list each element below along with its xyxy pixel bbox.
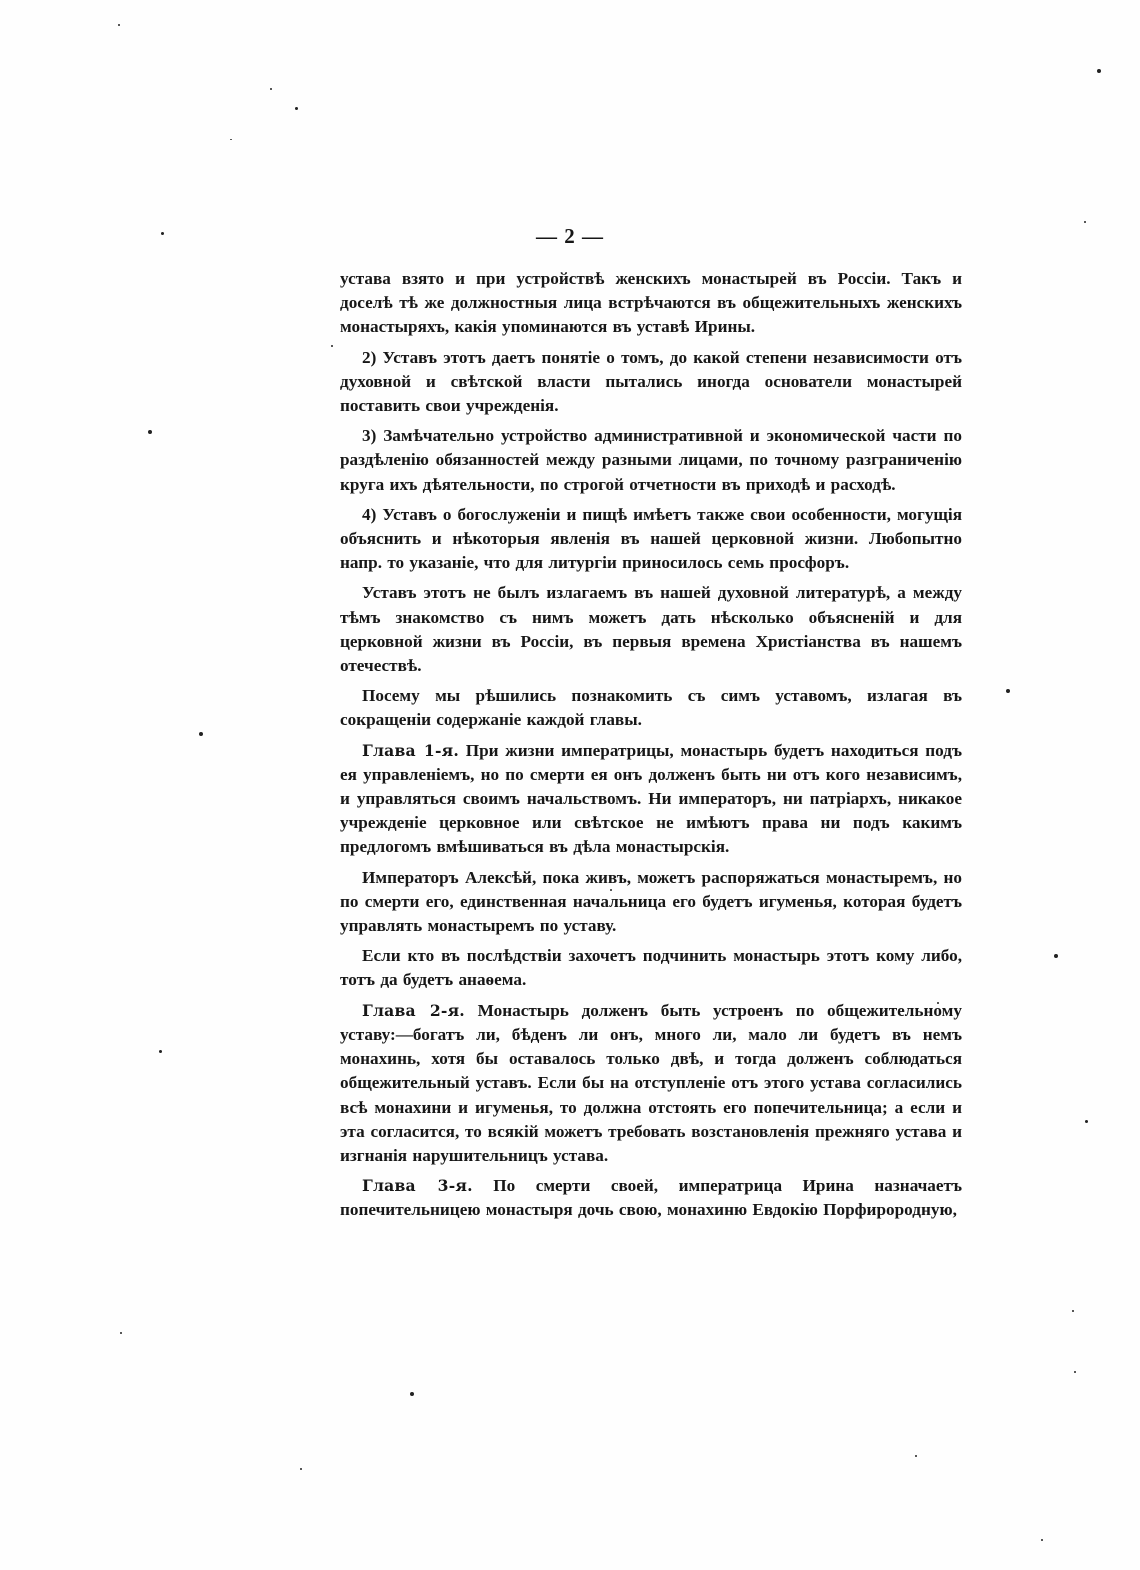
scan-speck — [148, 430, 152, 434]
scan-speck — [199, 732, 203, 736]
scan-speck — [410, 1392, 414, 1396]
scan-speck — [118, 24, 120, 26]
paragraph-point-2: 2) Уставъ этотъ даетъ понятіе о томъ, до… — [340, 346, 962, 419]
paragraph-text: 4) Уставъ о богослуженіи и пищѣ имѣетъ т… — [340, 505, 962, 572]
page-number: — 2 — — [0, 224, 1140, 249]
chapter-heading: Глава 1-я. — [362, 741, 459, 760]
paragraph-intent: Посему мы рѣшились познакомить съ симъ у… — [340, 684, 962, 732]
paragraph-emperor-alexius: Императоръ Алексѣй, пока живъ, можетъ ра… — [340, 866, 962, 939]
scan-speck — [1084, 221, 1086, 223]
scan-speck — [270, 88, 272, 90]
scan-speck — [295, 107, 298, 110]
paragraph-text: Если кто въ послѣдствіи захочетъ подчини… — [340, 946, 962, 989]
paragraph-text: Императоръ Алексѣй, пока живъ, можетъ ра… — [340, 868, 962, 935]
scan-speck — [1085, 1120, 1088, 1123]
paragraph-text: 3) Замѣчательно устройство административ… — [340, 426, 962, 493]
paragraph-point-3: 3) Замѣчательно устройство административ… — [340, 424, 962, 497]
paragraph-text: Уставъ этотъ не былъ излагаемъ въ нашей … — [340, 583, 962, 675]
paragraph-chapter-2: Глава 2-я. Монастырь долженъ быть устрое… — [340, 999, 962, 1168]
paragraph-text: устава взято и при устройствѣ женскихъ м… — [340, 269, 962, 336]
scan-speck — [230, 139, 232, 140]
paragraph-text: 2) Уставъ этотъ даетъ понятіе о томъ, до… — [340, 348, 962, 415]
paragraph-continuation: устава взято и при устройствѣ женскихъ м… — [340, 267, 962, 340]
paragraph-literature: Уставъ этотъ не былъ излагаемъ въ нашей … — [340, 581, 962, 678]
body-text: устава взято и при устройствѣ женскихъ м… — [340, 267, 962, 1229]
scan-speck — [915, 1455, 917, 1457]
chapter-heading: Глава 3-я. — [362, 1176, 473, 1195]
scan-speck — [120, 1332, 122, 1334]
scan-speck — [1054, 954, 1058, 958]
scan-speck — [300, 1468, 302, 1470]
paragraph-anathema: Если кто въ послѣдствіи захочетъ подчини… — [340, 944, 962, 992]
scan-speck — [161, 232, 164, 235]
scan-speck — [1006, 689, 1010, 693]
paragraph-point-4: 4) Уставъ о богослуженіи и пищѣ имѣетъ т… — [340, 503, 962, 576]
scan-speck — [331, 345, 333, 347]
paragraph-text: Посему мы рѣшились познакомить съ симъ у… — [340, 686, 962, 729]
paragraph-chapter-3: Глава 3-я. По смерти своей, императрица … — [340, 1174, 962, 1222]
scan-speck — [159, 1050, 162, 1053]
paragraph-text: Монастырь долженъ быть устроенъ по общеж… — [340, 1001, 962, 1165]
scan-speck — [1097, 69, 1101, 73]
paragraph-chapter-1: Глава 1-я. При жизни императрицы, монаст… — [340, 739, 962, 860]
scan-speck — [638, 1187, 640, 1189]
scan-speck — [610, 889, 612, 891]
scan-speck — [1074, 1371, 1076, 1373]
scan-speck — [1041, 1539, 1043, 1541]
scan-speck — [937, 1002, 939, 1004]
scanned-page: — 2 — устава взято и при устройствѣ женс… — [0, 0, 1140, 1570]
chapter-heading: Глава 2-я. — [362, 1001, 465, 1020]
scan-speck — [1072, 1310, 1074, 1312]
